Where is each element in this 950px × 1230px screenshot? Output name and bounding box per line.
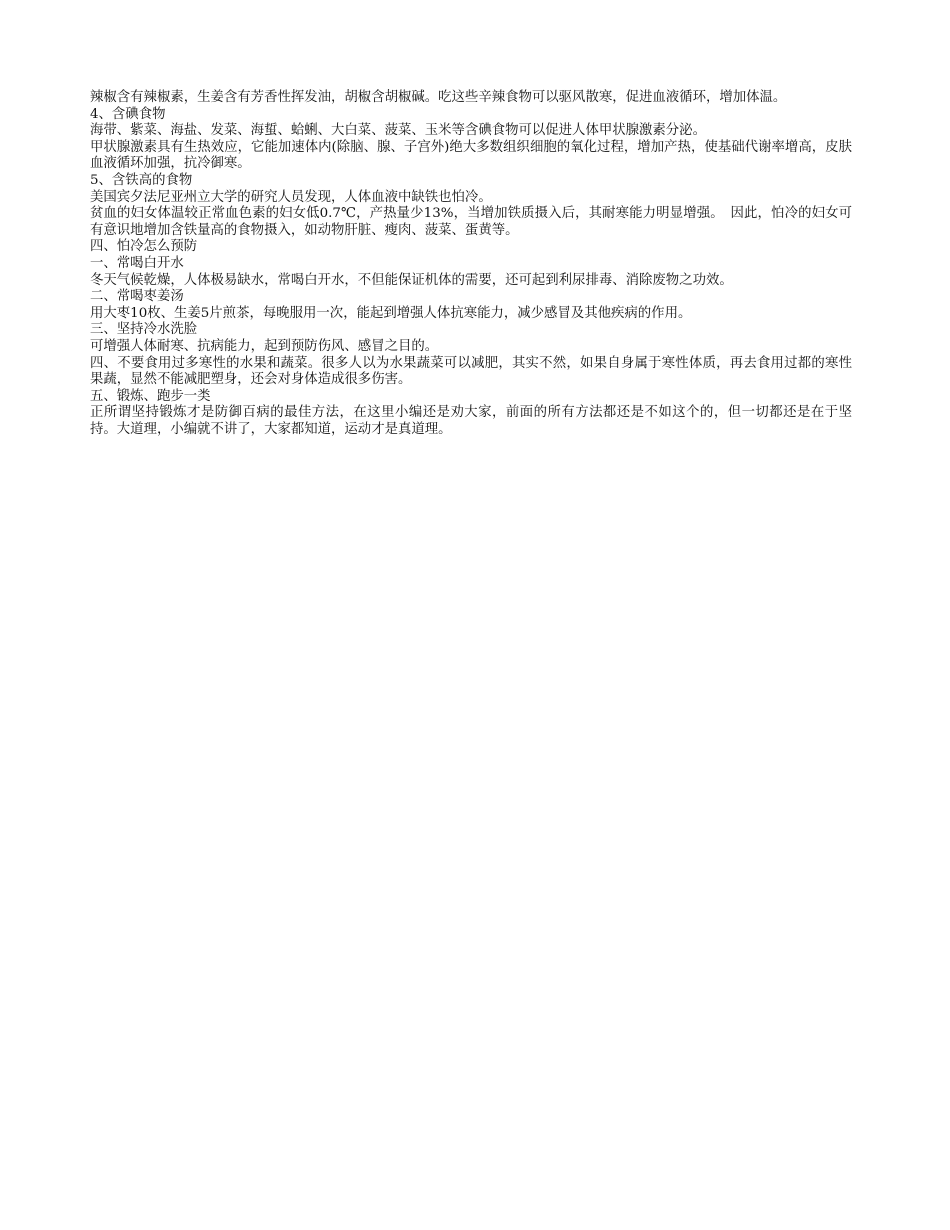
document-page: 辣椒含有辣椒素，生姜含有芳香性挥发油，胡椒含胡椒碱。吃这些辛辣食物可以驱风散寒，… [90, 90, 852, 438]
paragraph-iodine-list: 海带、紫菜、海盐、发菜、海蜇、蛤蜊、大白菜、菠菜、玉米等含碘食物可以促进人体甲状… [90, 123, 852, 140]
paragraph-cold-water-wash: 可增强人体耐寒、抗病能力，起到预防伤风、感冒之目的。 [90, 339, 852, 356]
heading-drink-water: 一、常喝白开水 [90, 256, 852, 273]
paragraph-spicy-foods: 辣椒含有辣椒素，生姜含有芳香性挥发油，胡椒含胡椒碱。吃这些辛辣食物可以驱风散寒，… [90, 90, 852, 107]
heading-jujube-ginger-soup: 二、常喝枣姜汤 [90, 289, 852, 306]
paragraph-iron-research: 美国宾夕法尼亚州立大学的研究人员发现，人体血液中缺铁也怕冷。 [90, 190, 852, 207]
heading-cold-water-wash: 三、坚持冷水洗脸 [90, 322, 852, 339]
heading-exercise: 五、锻炼、跑步一类 [90, 389, 852, 406]
heading-iron-foods: 5、含铁高的食物 [90, 173, 852, 190]
paragraph-drink-water: 冬天气候乾燥，人体极易缺水，常喝白开水，不但能保证机体的需要，还可起到利尿排毒、… [90, 273, 852, 290]
paragraph-exercise: 正所谓坚持锻炼才是防御百病的最佳方法，在这里小编还是劝大家，前面的所有方法都还是… [90, 405, 852, 438]
paragraph-jujube-ginger-soup: 用大枣10枚、生姜5片煎茶，每晚服用一次，能起到增强人体抗寒能力，减少感冒及其他… [90, 306, 852, 323]
paragraph-thyroid-hormone: 甲状腺激素具有生热效应，它能加速体内(除脑、腺、子宫外)绝大多数组织细胞的氧化过… [90, 140, 852, 173]
paragraph-cold-fruits: 四、不要食用过多寒性的水果和蔬菜。很多人以为水果蔬菜可以减肥，其实不然，如果自身… [90, 356, 852, 389]
heading-prevention: 四、怕冷怎么预防 [90, 239, 852, 256]
paragraph-anemia: 贫血的妇女体温较正常血色素的妇女低0.7℃，产热量少13%，当增加铁质摄入后，其… [90, 206, 852, 239]
heading-iodine-foods: 4、含碘食物 [90, 107, 852, 124]
